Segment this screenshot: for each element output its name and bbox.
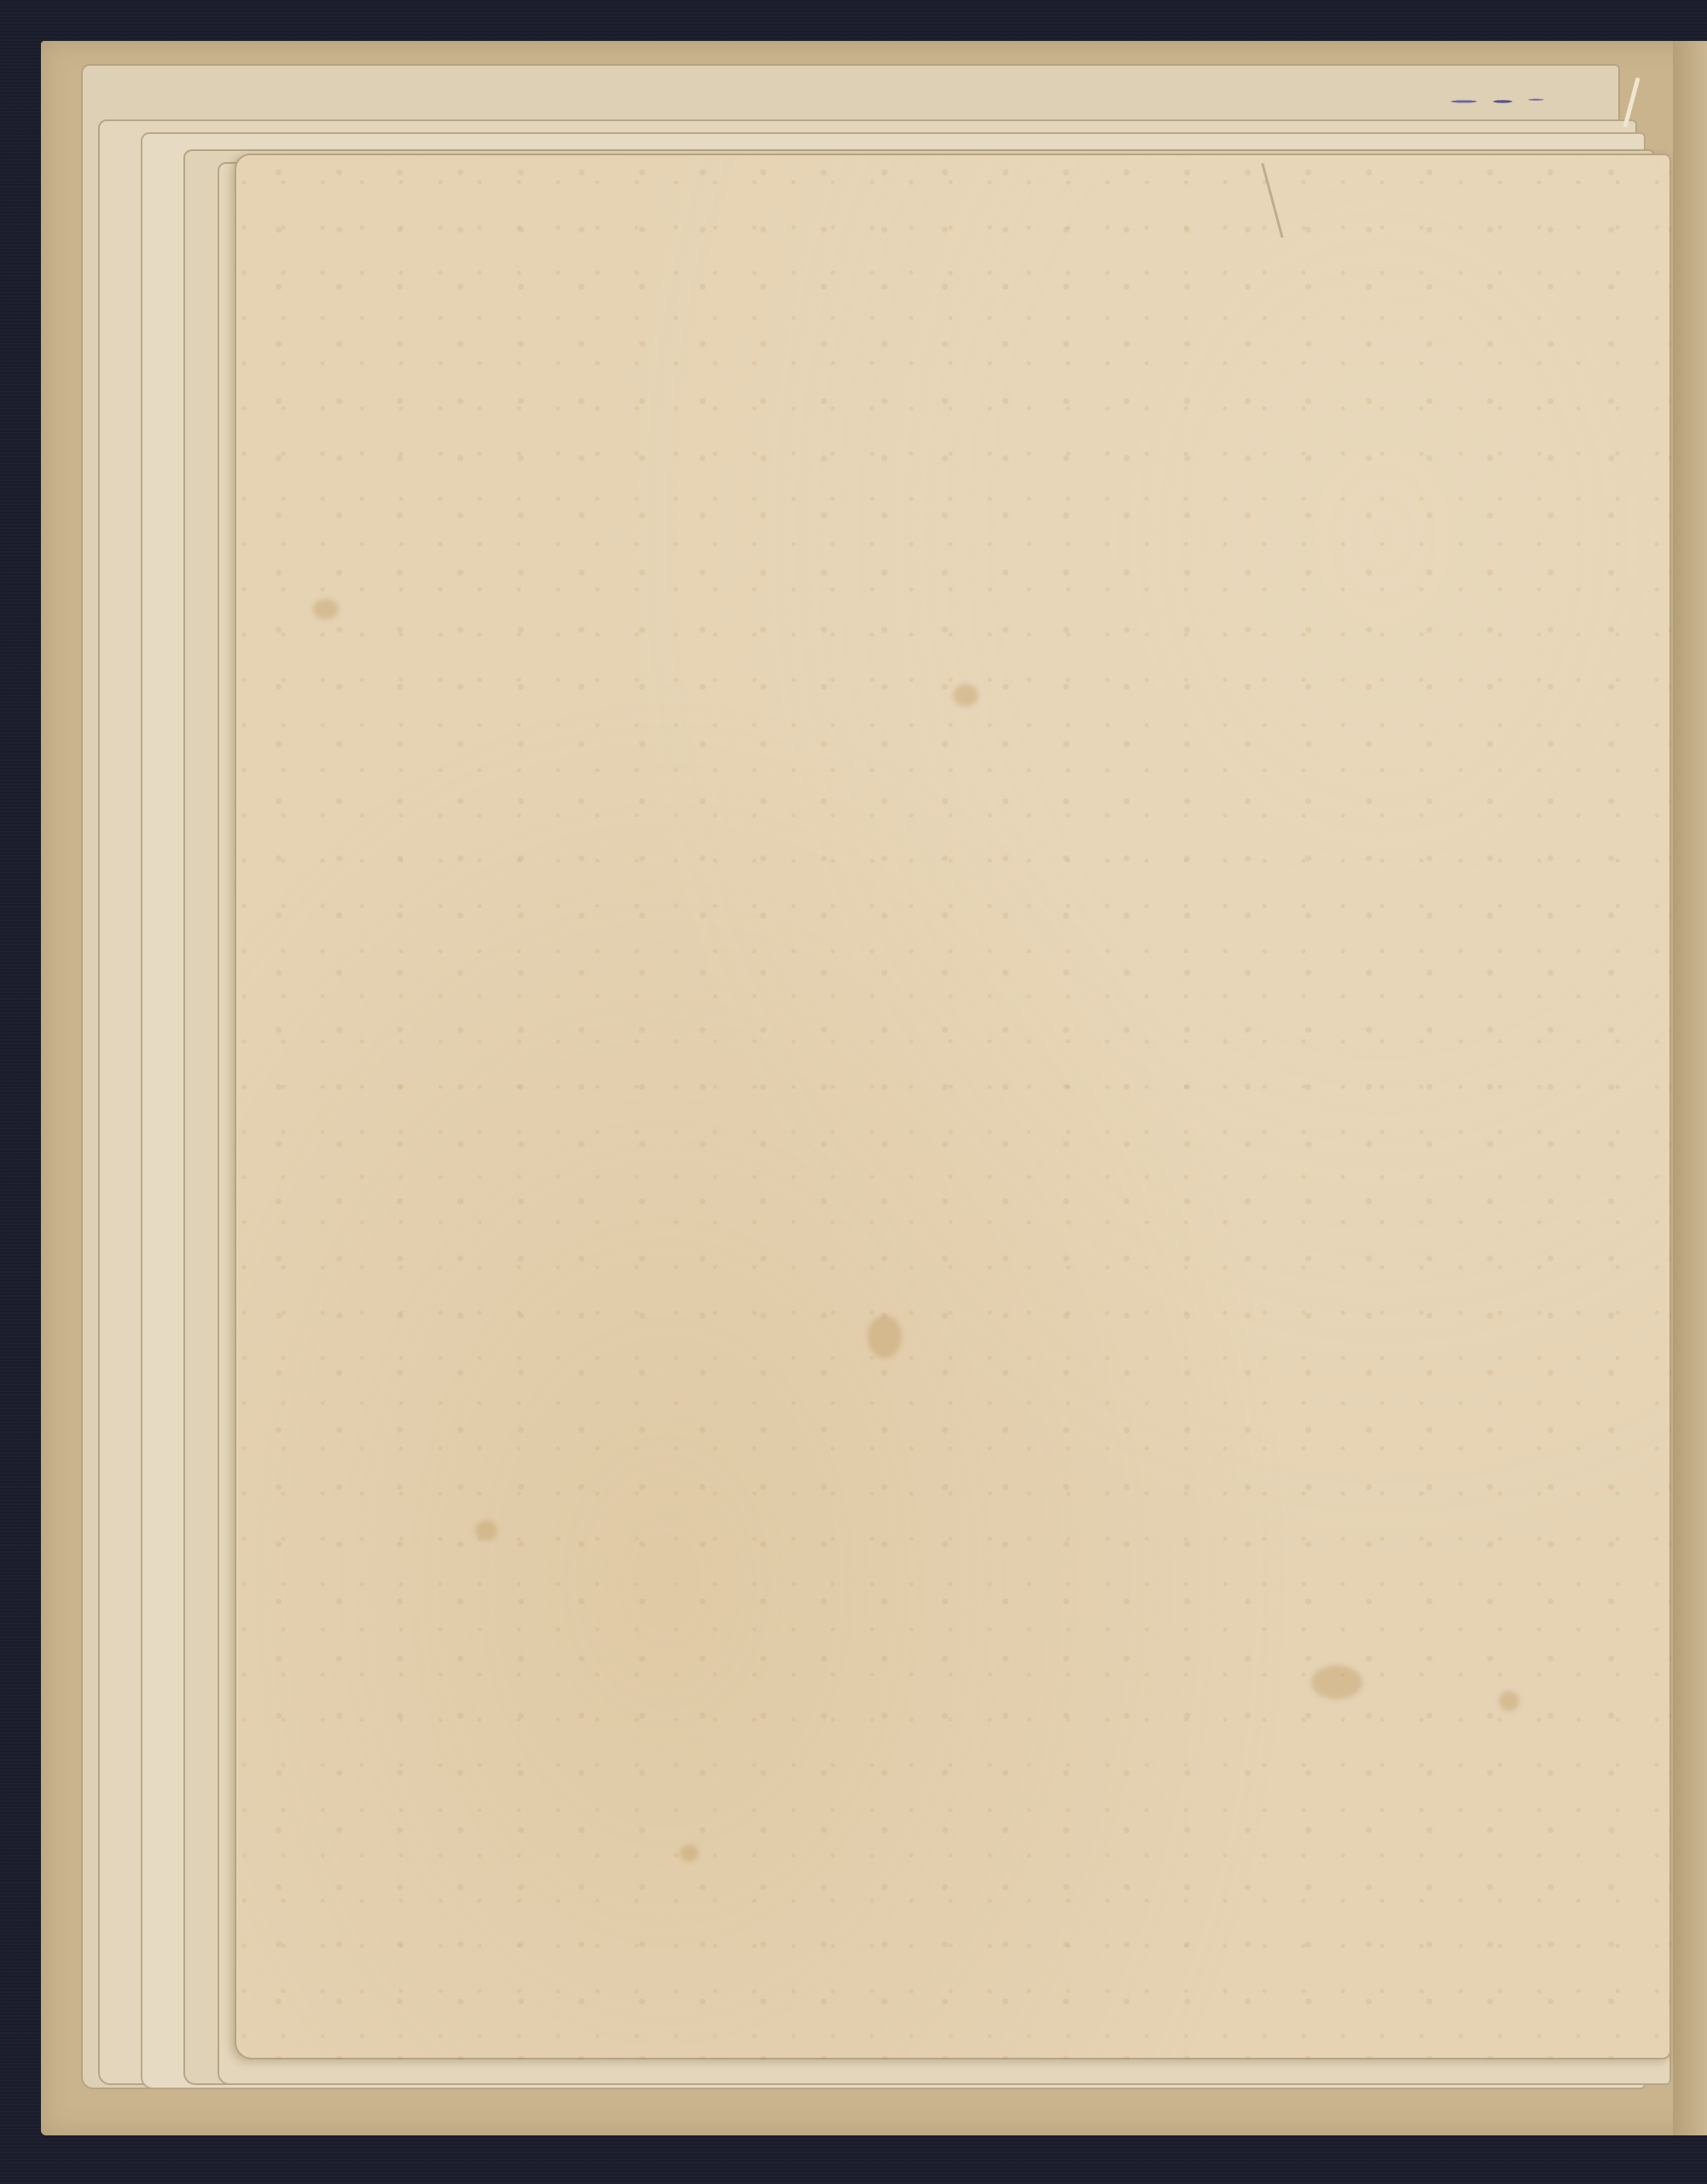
foxing-stain	[313, 599, 339, 619]
folder-spine-edge	[1673, 41, 1707, 2135]
foxing-stain	[868, 1316, 902, 1358]
foxing-stain	[1311, 1665, 1362, 1699]
foxing-stain	[475, 1520, 497, 1541]
foxing-stain	[1499, 1691, 1519, 1711]
top-sheet-blank-page	[235, 154, 1671, 2059]
foxing-stain	[953, 684, 978, 706]
ink-mark	[1442, 92, 1553, 111]
foxing-stain	[680, 1844, 699, 1862]
